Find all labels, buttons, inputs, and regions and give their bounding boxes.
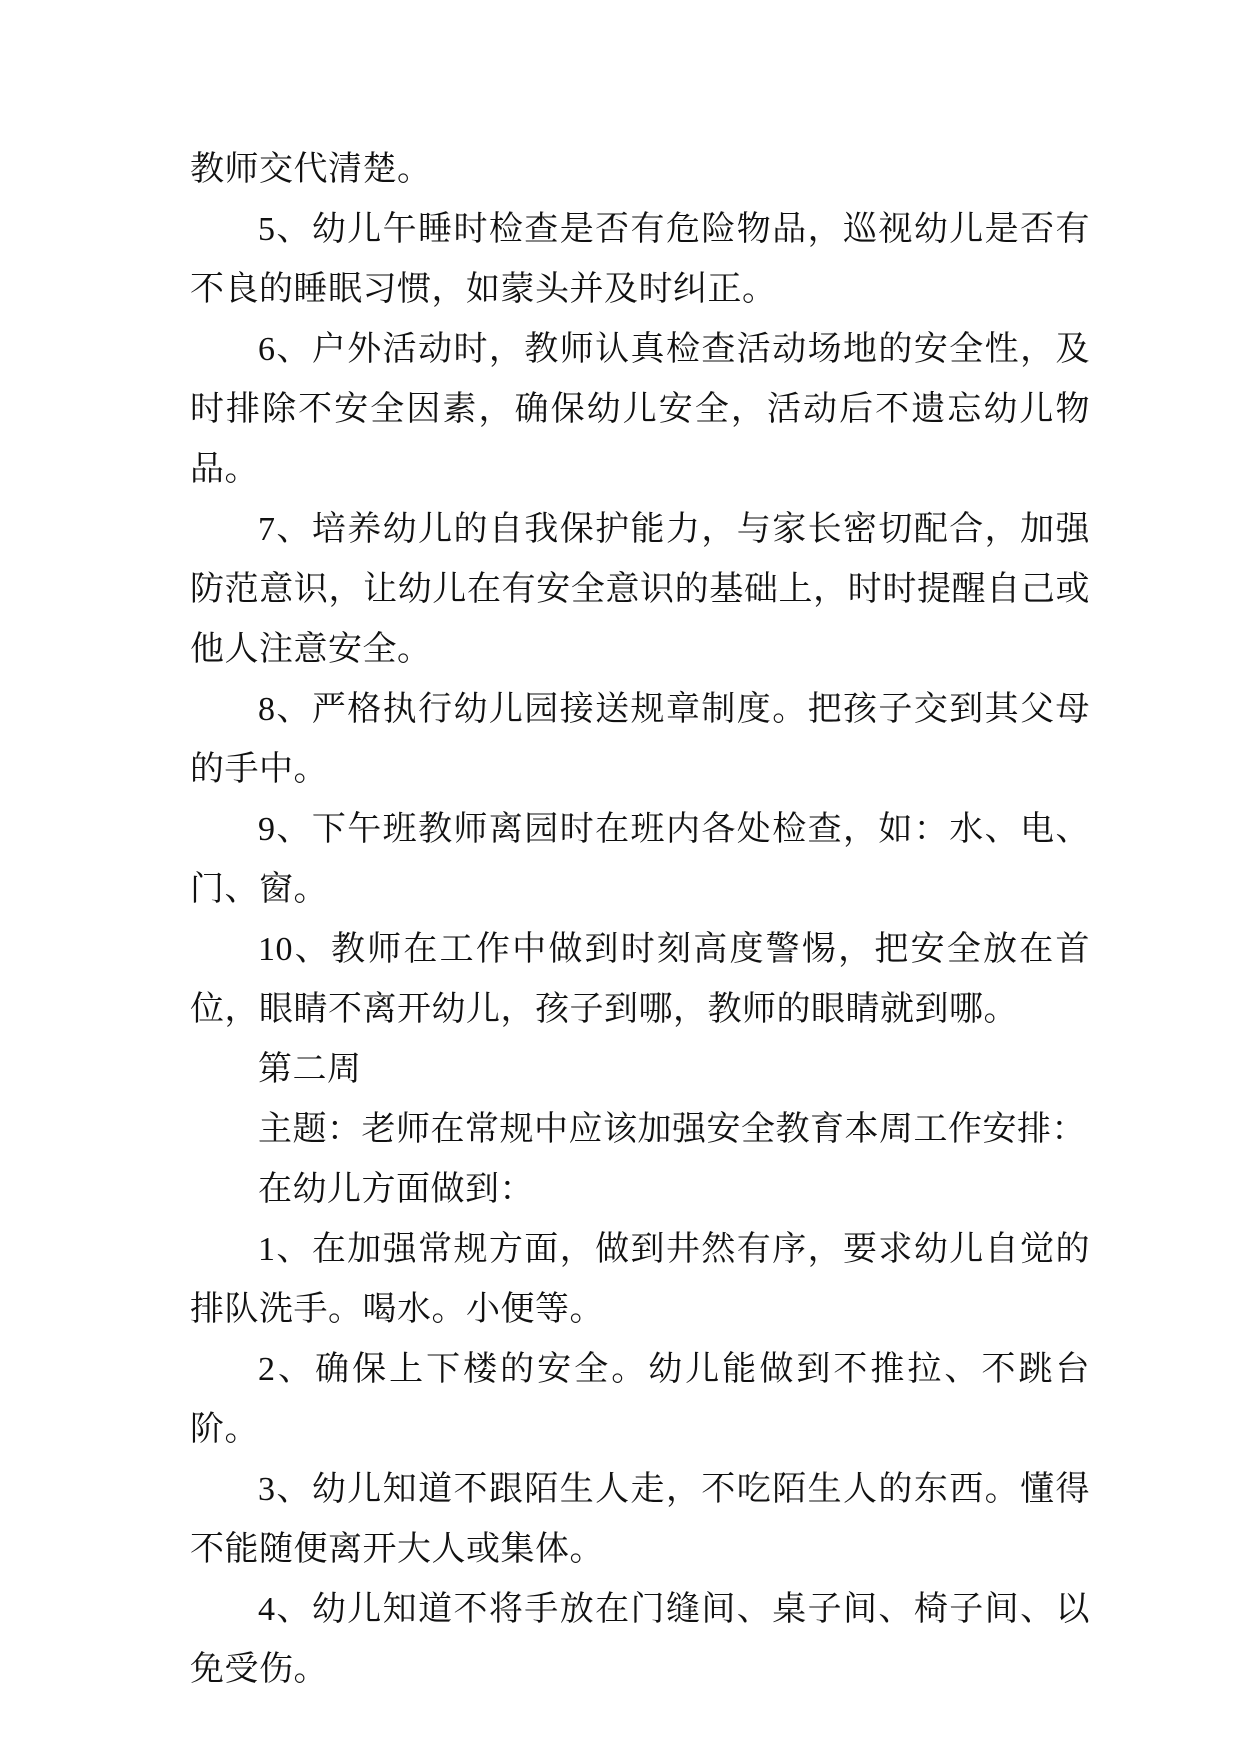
document-page: 教师交代清楚。 5、幼儿午睡时检查是否有危险物品，巡视幼儿是否有不良的睡眠习惯，… — [0, 0, 1241, 1754]
paragraph-week-heading: 第二周 — [190, 1040, 1090, 1100]
paragraph: 10、教师在工作中做到时刻高度警惕，把安全放在首位，眼睛不离开幼儿，孩子到哪，教… — [190, 920, 1090, 1040]
paragraph: 6、户外活动时，教师认真检查活动场地的安全性，及时排除不安全因素，确保幼儿安全，… — [190, 320, 1090, 500]
paragraph-theme: 主题：老师在常规中应该加强安全教育本周工作安排： — [190, 1100, 1090, 1160]
paragraph: 1、在加强常规方面，做到井然有序，要求幼儿自觉的排队洗手。喝水。小便等。 — [190, 1220, 1090, 1340]
paragraph: 8、严格执行幼儿园接送规章制度。把孩子交到其父母的手中。 — [190, 680, 1090, 800]
paragraph: 2、确保上下楼的安全。幼儿能做到不推拉、不跳台阶。 — [190, 1340, 1090, 1460]
paragraph: 9、下午班教师离园时在班内各处检查，如：水、电、门、窗。 — [190, 800, 1090, 920]
document-body: 教师交代清楚。 5、幼儿午睡时检查是否有危险物品，巡视幼儿是否有不良的睡眠习惯，… — [190, 140, 1090, 1700]
paragraph: 5、幼儿午睡时检查是否有危险物品，巡视幼儿是否有不良的睡眠习惯，如蒙头并及时纠正… — [190, 200, 1090, 320]
paragraph: 3、幼儿知道不跟陌生人走，不吃陌生人的东西。懂得不能随便离开大人或集体。 — [190, 1460, 1090, 1580]
paragraph: 在幼儿方面做到： — [190, 1160, 1090, 1220]
paragraph: 7、培养幼儿的自我保护能力，与家长密切配合，加强防范意识，让幼儿在有安全意识的基… — [190, 500, 1090, 680]
paragraph: 教师交代清楚。 — [190, 140, 1090, 200]
paragraph: 4、幼儿知道不将手放在门缝间、桌子间、椅子间、以免受伤。 — [190, 1580, 1090, 1700]
